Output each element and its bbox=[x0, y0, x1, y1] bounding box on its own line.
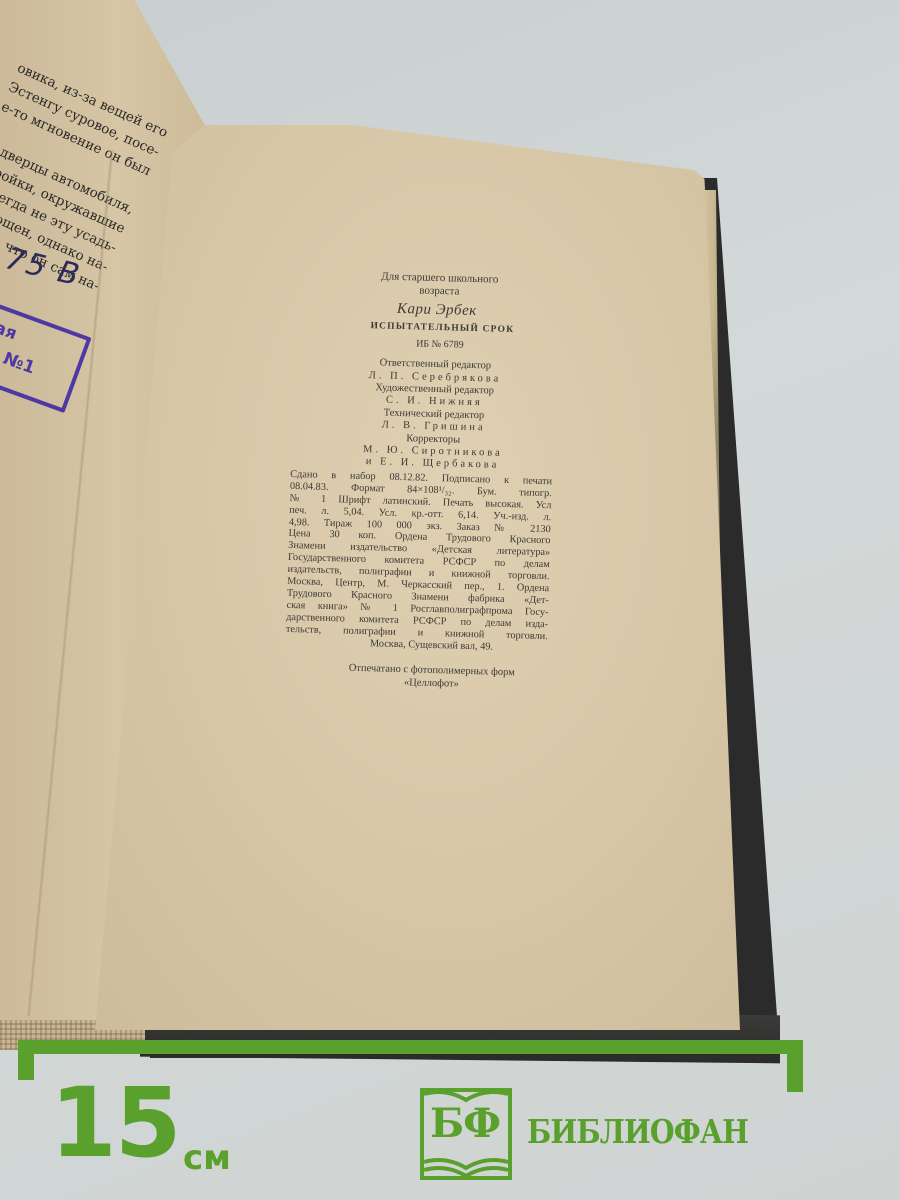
brand-name: БИБЛИОФАН bbox=[527, 1112, 748, 1151]
logo-letters: БФ bbox=[430, 1100, 500, 1147]
ruler-tick-right bbox=[787, 1040, 803, 1092]
ib-number: ИБ № 6789 bbox=[324, 336, 556, 355]
book-title: ИСПЫТАТЕЛЬНЫЙ СРОК bbox=[328, 319, 556, 338]
photo-scene: овика, из-за вещей его Эстенгу суровое, … bbox=[0, 0, 900, 1200]
size-unit: см bbox=[183, 1138, 231, 1178]
ruler-tick-left bbox=[18, 1040, 34, 1080]
ruler-bar bbox=[18, 1040, 803, 1054]
size-value: 15 bbox=[50, 1068, 180, 1178]
author-name: Кари Эрбек bbox=[317, 301, 557, 320]
imprint-block: Сдано в набор 08.12.82. Подписано к печа… bbox=[285, 469, 552, 655]
colophon: Для старшего школьного возраста Кари Эрб… bbox=[284, 268, 558, 693]
